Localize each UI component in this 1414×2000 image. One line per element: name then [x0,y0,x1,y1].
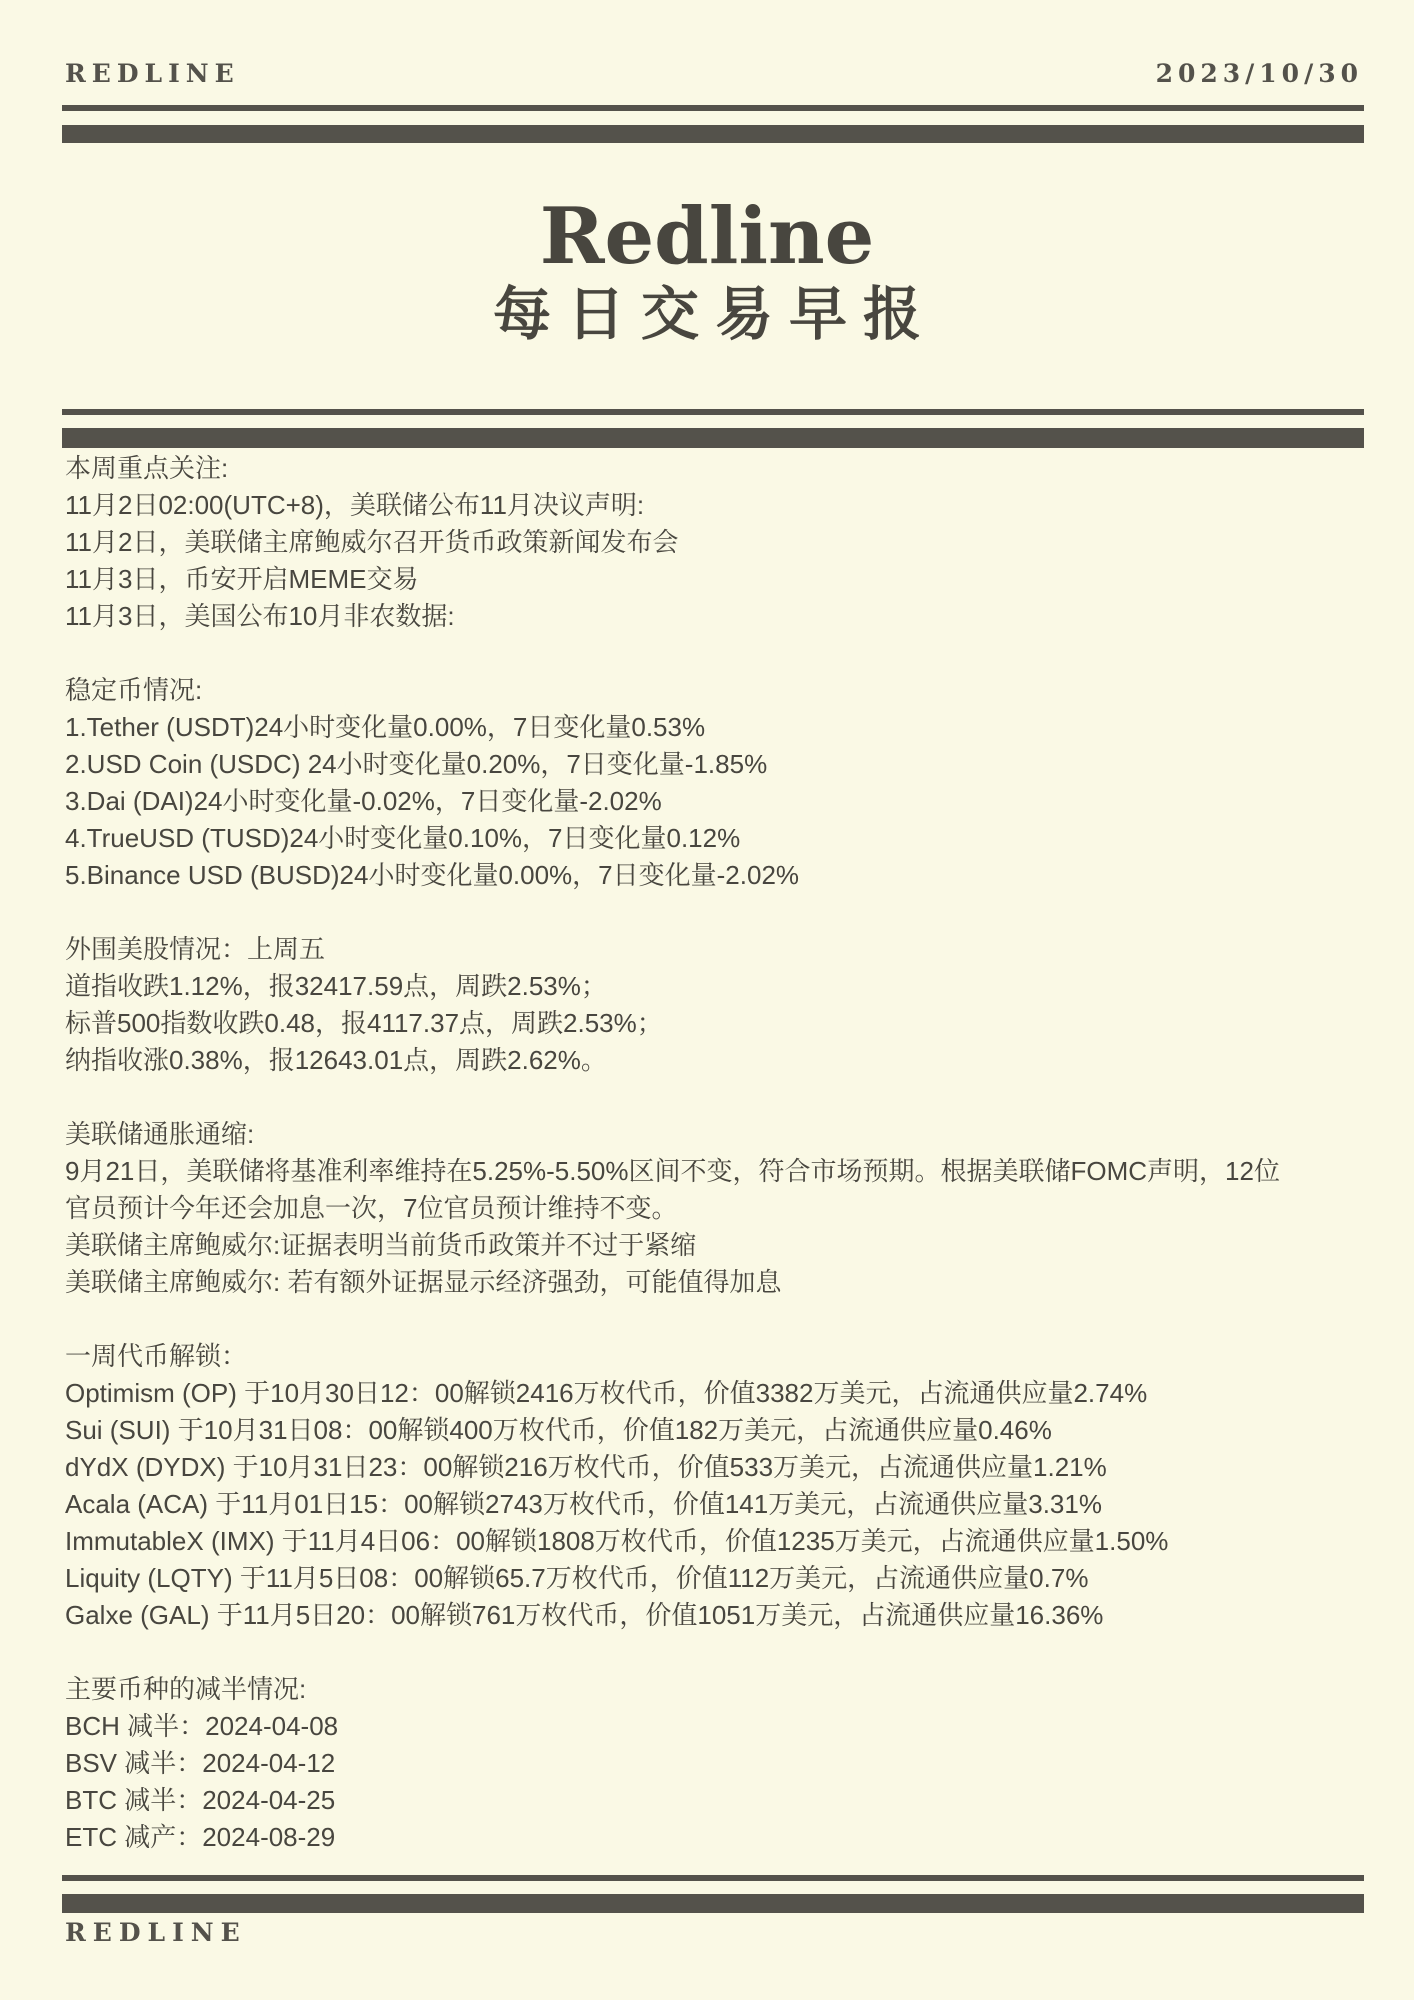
report-page: REDLINE 2023/10/30 Redline 每日交易早报 本周重点关注… [0,0,1414,2000]
section-heading: 一周代币解锁： [65,1338,1365,1375]
report-line: 11月2日，美联储主席鲍威尔召开货币政策新闻发布会 [65,524,1365,561]
report-line: BCH 减半：2024-04-08 [65,1708,1365,1745]
report-line: Acala (ACA) 于11月01日15：00解锁2743万枚代币，价值141… [65,1486,1365,1523]
title-block: Redline 每日交易早报 [0,196,1414,348]
divider-thin-middle [62,409,1364,415]
report-line: ImmutableX (IMX) 于11月4日06：00解锁1808万枚代币，价… [65,1523,1365,1560]
report-line: 5.Binance USD (BUSD)24小时变化量0.00%，7日变化量-2… [65,857,1365,894]
report-line: 11月3日，美国公布10月非农数据: [65,598,1365,635]
report-line: 9月21日，美联储将基准利率维持在5.25%-5.50%区间不变，符合市场预期。… [65,1153,1365,1190]
report-line: BSV 减半：2024-04-12 [65,1745,1365,1782]
report-line: 美联储主席鲍威尔:证据表明当前货币政策并不过于紧缩 [65,1227,1365,1264]
report-line: Galxe (GAL) 于11月5日20：00解锁761万枚代币，价值1051万… [65,1597,1365,1634]
section-weekly-focus: 本周重点关注:11月2日02:00(UTC+8)，美联储公布11月决议声明:11… [65,450,1365,635]
report-body: 本周重点关注:11月2日02:00(UTC+8)，美联储公布11月决议声明:11… [65,450,1365,1856]
report-line: 2.USD Coin (USDC) 24小时变化量0.20%，7日变化量-1.8… [65,746,1365,783]
divider-thick-middle [62,428,1364,448]
report-line: 11月2日02:00(UTC+8)，美联储公布11月决议声明: [65,487,1365,524]
page-title: Redline [0,196,1414,278]
divider-thin-top [62,105,1364,111]
divider-thin-bottom [62,1875,1364,1881]
section-fed-inflation: 美联储通胀通缩:9月21日，美联储将基准利率维持在5.25%-5.50%区间不变… [65,1116,1365,1301]
section-heading: 外围美股情况：上周五 [65,931,1365,968]
page-subtitle: 每日交易早报 [0,282,1414,348]
report-line: 标普500指数收跌0.48，报4117.37点，周跌2.53%； [65,1005,1365,1042]
report-line: 道指收跌1.12%，报32417.59点，周跌2.53%； [65,968,1365,1005]
report-line: 美联储主席鲍威尔: 若有额外证据显示经济强劲，可能值得加息 [65,1264,1365,1301]
report-line: 4.TrueUSD (TUSD)24小时变化量0.10%，7日变化量0.12% [65,820,1365,857]
section-heading: 稳定币情况: [65,672,1365,709]
header: REDLINE 2023/10/30 [65,58,1363,90]
report-line: Liquity (LQTY) 于11月5日08：00解锁65.7万枚代币，价值1… [65,1560,1365,1597]
report-line: 3.Dai (DAI)24小时变化量-0.02%，7日变化量-2.02% [65,783,1365,820]
footer-brand: REDLINE [65,1918,247,1948]
header-brand: REDLINE [65,58,240,90]
section-heading: 本周重点关注: [65,450,1365,487]
divider-thick-top [62,125,1364,143]
section-halvings: 主要币种的减半情况:BCH 减半：2024-04-08BSV 减半：2024-0… [65,1671,1365,1856]
section-heading: 美联储通胀通缩: [65,1116,1365,1153]
report-line: ETC 减产：2024-08-29 [65,1819,1365,1856]
report-line: Optimism (OP) 于10月30日12：00解锁2416万枚代币，价值3… [65,1375,1365,1412]
report-line: 官员预计今年还会加息一次，7位官员预计维持不变。 [65,1190,1365,1227]
report-line: 11月3日，币安开启MEME交易 [65,561,1365,598]
report-line: 1.Tether (USDT)24小时变化量0.00%，7日变化量0.53% [65,709,1365,746]
section-token-unlocks: 一周代币解锁：Optimism (OP) 于10月30日12：00解锁2416万… [65,1338,1365,1634]
section-us-stocks: 外围美股情况：上周五道指收跌1.12%，报32417.59点，周跌2.53%；标… [65,931,1365,1079]
section-stablecoins: 稳定币情况:1.Tether (USDT)24小时变化量0.00%，7日变化量0… [65,672,1365,894]
report-line: Sui (SUI) 于10月31日08：00解锁400万枚代币，价值182万美元… [65,1412,1365,1449]
report-line: BTC 减半：2024-04-25 [65,1782,1365,1819]
report-line: dYdX (DYDX) 于10月31日23：00解锁216万枚代币，价值533万… [65,1449,1365,1486]
section-heading: 主要币种的减半情况: [65,1671,1365,1708]
header-date: 2023/10/30 [1156,58,1363,90]
report-line: 纳指收涨0.38%，报12643.01点，周跌2.62%。 [65,1042,1365,1079]
divider-thick-bottom [62,1894,1364,1913]
